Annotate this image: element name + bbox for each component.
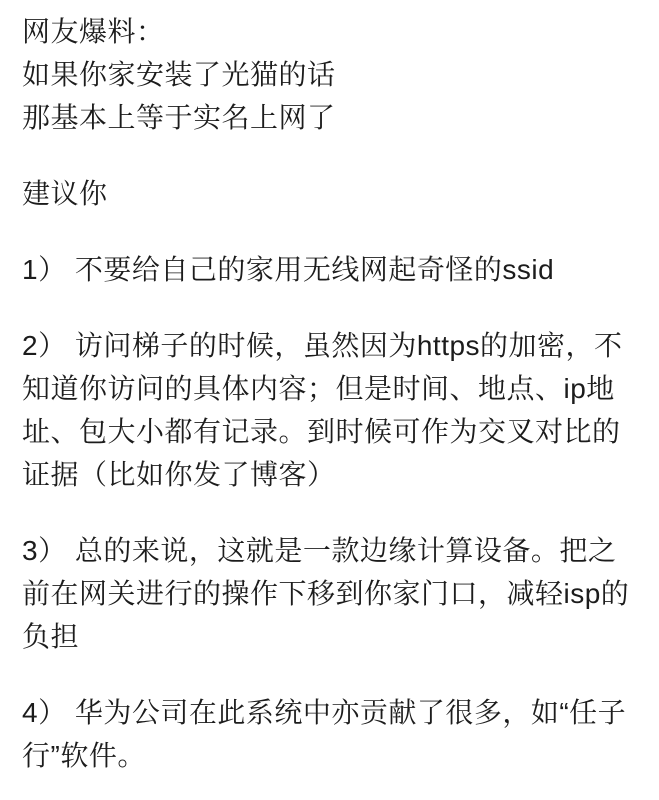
text-line: 2） 访问梯子的时候，虽然因为https的加密，不 xyxy=(22,324,639,367)
text-line: 3） 总的来说，这就是一款边缘计算设备。把之 xyxy=(22,529,639,572)
text-line: 建议你 xyxy=(22,172,639,215)
text-line: 行”软件。 xyxy=(22,734,639,777)
text-line: 4） 华为公司在此系统中亦贡献了很多，如“任子 xyxy=(22,691,639,734)
paragraph-intro: 网友爆料： 如果你家安装了光猫的话 那基本上等于实名上网了 xyxy=(22,10,639,139)
text-line: 网友爆料： xyxy=(22,10,639,53)
paragraph-item-4: 4） 华为公司在此系统中亦贡献了很多，如“任子 行”软件。 xyxy=(22,691,639,777)
post-content: 网友爆料： 如果你家安装了光猫的话 那基本上等于实名上网了 建议你 1） 不要给… xyxy=(0,0,659,777)
paragraph-item-2: 2） 访问梯子的时候，虽然因为https的加密，不 知道你访问的具体内容；但是时… xyxy=(22,324,639,496)
text-line: 知道你访问的具体内容；但是时间、地点、ip地 xyxy=(22,367,639,410)
text-line: 前在网关进行的操作下移到你家门口，减轻isp的 xyxy=(22,572,639,615)
text-line: 1） 不要给自己的家用无线网起奇怪的ssid xyxy=(22,248,639,291)
text-line: 如果你家安装了光猫的话 xyxy=(22,53,639,96)
paragraph-item-1: 1） 不要给自己的家用无线网起奇怪的ssid xyxy=(22,248,639,291)
text-line: 那基本上等于实名上网了 xyxy=(22,96,639,139)
paragraph-suggestion-header: 建议你 xyxy=(22,172,639,215)
text-line: 证据（比如你发了博客） xyxy=(22,453,639,496)
paragraph-item-3: 3） 总的来说，这就是一款边缘计算设备。把之 前在网关进行的操作下移到你家门口，… xyxy=(22,529,639,658)
text-line: 负担 xyxy=(22,615,639,658)
text-line: 址、包大小都有记录。到时候可作为交叉对比的 xyxy=(22,410,639,453)
